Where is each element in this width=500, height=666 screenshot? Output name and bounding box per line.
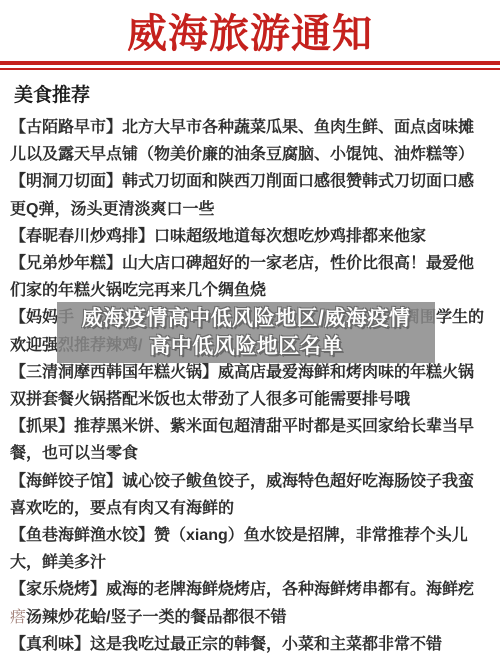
divider-thick — [0, 61, 500, 65]
notice-body: 美食推荐 【古陌路早市】北方大早市各种蔬菜瓜果、鱼肉生鲜、面点卤味摊儿以及露天早… — [0, 70, 500, 658]
food-item: 【古陌路早市】北方大早市各种蔬菜瓜果、鱼肉生鲜、面点卤味摊儿以及露天早点铺（物美… — [10, 114, 484, 168]
food-item: 【家乐烧烤】威海的老牌海鲜烧烤店，各种海鲜烤串都有。海鲜疙瘩汤辣炒花蛤/竖子一类… — [10, 576, 484, 630]
watermark-line-2: 高中低风险地区名单 — [57, 333, 435, 361]
notice-page: 威海旅游通知 美食推荐 【古陌路早市】北方大早市各种蔬菜瓜果、鱼肉生鲜、面点卤味… — [0, 0, 500, 666]
food-item: 【明洞刀切面】韩式刀切面和陕西刀削面口感很赞韩式刀切面口感更Q弹，汤头更清淡爽口… — [10, 168, 484, 222]
food-item: 【三清洞摩西韩国年糕火锅】威高店最爱海鲜和烤肉味的年糕火锅双拼套餐火锅搭配米饭也… — [10, 359, 484, 413]
food-list: 【古陌路早市】北方大早市各种蔬菜瓜果、鱼肉生鲜、面点卤味摊儿以及露天早点铺（物美… — [10, 114, 484, 658]
food-item: 【抓果】推荐黑米饼、紫米面包超清甜平时都是买回家给长辈当早餐，也可以当零食 — [10, 413, 484, 467]
food-item-text: 汤辣炒花蛤/竖子一类的餐品都很不错 — [26, 609, 286, 626]
food-item: 【海鲜饺子馆】诚心饺子鲅鱼饺子，威海特色超好吃海肠饺子我蛮喜欢吃的，要点有肉又有… — [10, 468, 484, 522]
watermark-overlay: 威海疫情高中低风险地区/威海疫情 高中低风险地区名单 — [57, 302, 435, 363]
watermark-line-1: 威海疫情高中低风险地区/威海疫情 — [57, 305, 435, 333]
food-item: 【兄弟炒年糕】山大店口碑超好的一家老店，性价比很高！最爱他们家的年糕火锅吃完再来… — [10, 250, 484, 304]
food-item-text: 【家乐烧烤】威海的老牌海鲜烧烤店，各种海鲜烤串都有。海鲜疙 — [10, 581, 474, 598]
food-item: 【真利味】这是我吃过最正宗的韩餐，小菜和主菜都非常不错 — [10, 631, 484, 658]
food-item: 【鱼巷海鲜渔水饺】赞（xiang）鱼水饺是招牌，非常推荐个头儿大，鲜美多汁 — [10, 522, 484, 576]
faded-character: 瘩 — [10, 609, 26, 626]
section-heading: 美食推荐 — [14, 84, 484, 108]
food-item: 【春昵春川炒鸡排】口味超级地道每次想吃炒鸡排都来他家 — [10, 223, 484, 250]
page-title: 威海旅游通知 — [0, 10, 500, 58]
